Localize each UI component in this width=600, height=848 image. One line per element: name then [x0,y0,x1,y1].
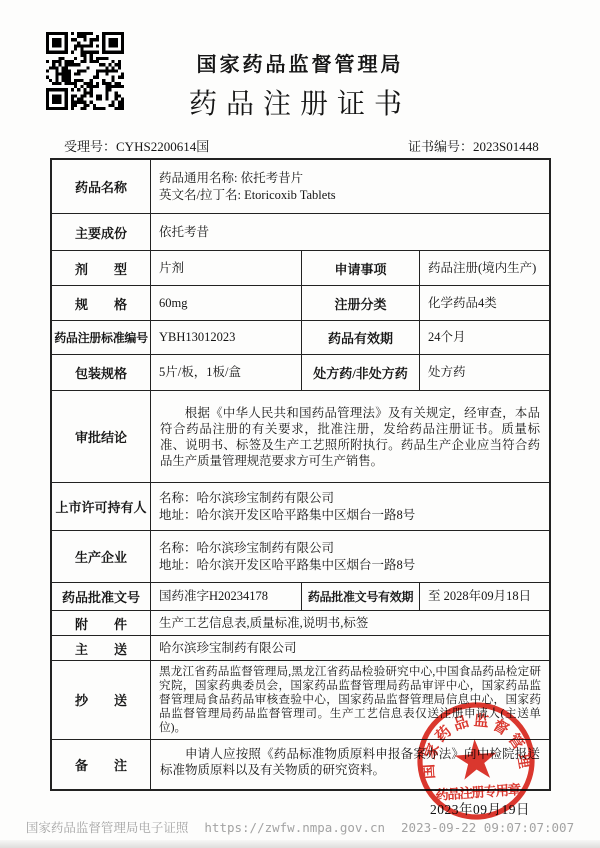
seal-bottom-text: 药品注册专用章 [435,781,522,803]
seal-star-icon [454,738,498,781]
approval-validity-value: 至 2028年09月18日 [419,583,549,610]
dosage-form-label: 剂 型 [52,251,150,285]
holder-value: 名称：哈尔滨珍宝制药有限公司 地址：哈尔滨开发区哈平路集中区烟台一路8号 [150,483,549,530]
row-main-send: 主 送 哈尔滨珍宝制药有限公司 [52,635,549,660]
spec-value: 60mg [150,286,301,320]
spec-label: 规 格 [52,286,150,320]
generic-name: 药品通用名称: 依托考昔片 [159,170,541,187]
certificate-label: 证书编号： [408,139,473,154]
rx-type-label: 处方药/非处方药 [301,355,419,390]
row-holder: 上市许可持有人 名称：哈尔滨珍宝制药有限公司 地址：哈尔滨开发区哈平路集中区烟台… [52,482,549,530]
manufacturer-address: 地址：哈尔滨开发区哈平路集中区烟台一路8号 [159,557,541,574]
attachments-value: 生产工艺信息表,质量标准,说明书,标签 [150,611,549,635]
conclusion-text: 根据《中华人民共和国药品管理法》及有关规定，经审查，本品符合药品注册的有关要求，… [150,391,549,482]
holder-address: 地址：哈尔滨开发区哈平路集中区烟台一路8号 [159,507,541,524]
approval-no-label: 药品批准文号 [52,583,150,610]
conclusion-label: 审批结论 [52,391,150,482]
validity-label: 药品有效期 [301,321,419,354]
row-dosage-form: 剂 型 片剂 申请事项 药品注册(境内生产) [52,250,549,285]
row-standard-no: 药品注册标准编号 YBH13012023 药品有效期 24个月 [52,320,549,354]
footer-issuer: 国家药品监督管理局电子证照 [26,820,189,835]
certificate-value: 2023S01448 [473,139,539,154]
row-approval-no: 药品批准文号 国药准字H20234178 药品批准文号有效期 至 2028年09… [52,582,549,610]
drug-name-value: 药品通用名称: 依托考昔片 英文名/拉丁名: Etoricoxib Tablet… [150,160,549,213]
reg-class-label: 注册分类 [301,286,419,320]
row-attachments: 附 件 生产工艺信息表,质量标准,说明书,标签 [52,610,549,635]
application-value: 药品注册(境内生产) [419,251,549,285]
acceptance-number: 受理号：CYHS2200614国 [64,136,209,155]
certificate-page: 国家药品监督管理局 药品注册证书 受理号：CYHS2200614国 证书编号：2… [0,0,600,848]
main-send-value: 哈尔滨珍宝制药有限公司 [150,636,549,660]
row-ingredient: 主要成份 依托考昔 [52,213,549,250]
reg-class-value: 化学药品4类 [419,286,549,320]
ingredient-value: 依托考昔 [150,214,549,250]
footer-timestamp: 2023-09-22 09:07:07:007 [401,820,574,835]
scan-edge-shadow [0,840,600,848]
certificate-number: 证书编号：2023S01448 [408,136,539,155]
manufacturer-label: 生产企业 [52,531,150,582]
drug-name-label: 药品名称 [52,160,150,213]
approval-no-value: 国药准字H20234178 [150,583,301,610]
acceptance-label: 受理号： [64,139,116,154]
manufacturer-value: 名称：哈尔滨珍宝制药有限公司 地址：哈尔滨开发区哈平路集中区烟台一路8号 [150,531,549,582]
agency-title: 国家药品监督管理局 [0,48,600,77]
main-send-label: 主 送 [52,636,150,660]
application-label: 申请事项 [301,251,419,285]
attachments-label: 附 件 [52,611,150,635]
cc-label: 抄 送 [52,661,150,739]
row-spec: 规 格 60mg 注册分类 化学药品4类 [52,285,549,320]
row-package: 包装规格 5片/板，1板/盒 处方药/非处方药 处方药 [52,354,549,390]
ingredient-label: 主要成份 [52,214,150,250]
document-title: 药品注册证书 [0,82,600,122]
footer: 国家药品监督管理局电子证照https://zwfw.nmpa.gov.cn202… [0,818,600,836]
acceptance-value: CYHS2200614国 [116,139,209,154]
dosage-form-value: 片剂 [150,251,301,285]
validity-value: 24个月 [419,321,549,354]
official-seal: 国家药品监督管理局 药品注册专用章 [407,692,546,831]
remarks-label: 备 注 [52,740,150,789]
approval-validity-label: 药品批准文号有效期 [301,583,419,610]
manufacturer-name: 名称：哈尔滨珍宝制药有限公司 [159,540,541,557]
english-name: 英文名/拉丁名: Etoricoxib Tablets [159,187,541,204]
footer-url: https://zwfw.nmpa.gov.cn [204,820,385,835]
row-manufacturer: 生产企业 名称：哈尔滨珍宝制药有限公司 地址：哈尔滨开发区哈平路集中区烟台一路8… [52,530,549,582]
standard-no-label: 药品注册标准编号 [52,321,150,354]
package-label: 包装规格 [52,355,150,390]
standard-no-value: YBH13012023 [150,321,301,354]
holder-label: 上市许可持有人 [52,483,150,530]
rx-type-value: 处方药 [419,355,549,390]
package-value: 5片/板，1板/盒 [150,355,301,390]
holder-name: 名称：哈尔滨珍宝制药有限公司 [159,490,541,507]
row-conclusion: 审批结论 根据《中华人民共和国药品管理法》及有关规定，经审查，本品符合药品注册的… [52,390,549,482]
row-drug-name: 药品名称 药品通用名称: 依托考昔片 英文名/拉丁名: Etoricoxib T… [52,160,549,213]
